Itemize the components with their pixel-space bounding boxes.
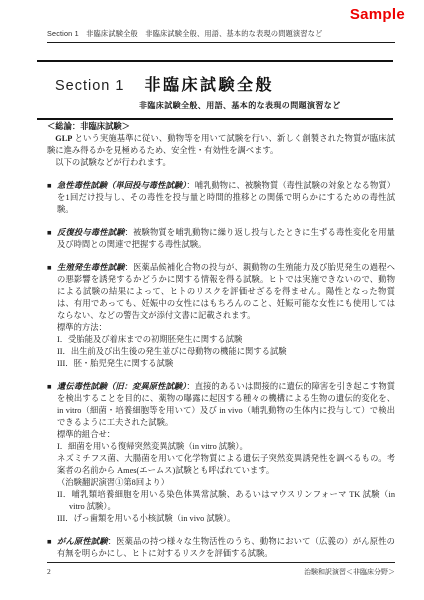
intro-paragraph-2: 以下の試験などが行われます。 — [47, 157, 395, 169]
bullet-acute-toxicity: ■ 急性毒性試験（単回投与毒性試験）：哺乳動物に、被験物質（毒性試験の対象となる… — [47, 180, 395, 216]
sublist-item-source-note: （治験翻訳演習①第8回より） — [57, 477, 395, 489]
sublist-item-note: ネズミチフス菌、大腸菌を用いて化学物質による遺伝子突然変異誘発性を調べるもの。考… — [57, 453, 395, 477]
sublist-item: II．哺乳類培養細胞を用いる染色体異常試験、あるいはマウスリンフォーマ TK 試… — [57, 489, 395, 513]
bullet-separator: ： — [186, 181, 194, 190]
footer-title: 治験和訳演習＜非臨床分野＞ — [304, 567, 395, 577]
running-header-text: Section 1 非臨床試験全般 非臨床試験全般、用語、基本的な表現の問題演習… — [47, 29, 323, 38]
bullet-separator: ： — [186, 382, 194, 391]
intro-paragraph-1-text: という実施基準に従い、動物等を用いて試験を行い、新しく創製された物質が臨床試験に… — [47, 134, 395, 155]
document-page: Sample Section 1 非臨床試験全般 非臨床試験全般、用語、基本的な… — [0, 0, 424, 600]
section-subtitle: 非臨床試験全般、用語、基本的な表現の問題演習など — [139, 100, 393, 111]
bullet-repeated-dose-toxicity: ■ 反復投与毒性試験：被験物質を哺乳動物に繰り返し投与したときに生ずる毒性変化を… — [47, 227, 395, 251]
page-number: 2 — [47, 567, 51, 576]
bullet-title: 生殖発生毒性試験 — [57, 263, 125, 272]
sample-watermark: Sample — [350, 6, 405, 23]
intro-glp-term: GLP — [55, 134, 72, 143]
bullet-title: がん原性試験 — [57, 537, 108, 546]
sublist-item: III．げっ歯類を用いる小核試験（in vivo 試験）。 — [57, 513, 395, 525]
bullet-title: 遺伝毒性試験（旧：変異原性試験） — [57, 382, 186, 391]
running-header: Section 1 非臨床試験全般 非臨床試験全般、用語、基本的な表現の問題演習… — [47, 29, 395, 43]
bullet-separator: ： — [108, 537, 116, 546]
bullet-paragraph: がん原性試験：医薬品の持つ様々な生物活性のうち、動物において（広義の）がん原性の… — [57, 536, 395, 560]
bullet-carcinogenicity: ■ がん原性試験：医薬品の持つ様々な生物活性のうち、動物において（広義の）がん原… — [47, 536, 395, 560]
bullet-content: 遺伝毒性試験（旧：変異原性試験）：直接的あるいは間接的に遺伝的障害を引き起こす物… — [57, 381, 395, 525]
sublist-label: 標準的方法： — [57, 322, 395, 334]
bullet-separator: ： — [125, 263, 133, 272]
section-title: 非臨床試験全般 — [144, 72, 274, 95]
bullet-square-icon: ■ — [47, 262, 57, 370]
document-body: ＜総論：非臨床試験＞ GLP という実施基準に従い、動物等を用いて試験を行い、新… — [47, 121, 395, 560]
bullet-square-icon: ■ — [47, 227, 57, 251]
bullet-content: 生殖発生毒性試験：医薬品候補化合物の投与が、親動物の生殖能力及び胎児発生の過程へ… — [57, 262, 395, 370]
sublist-label: 標準的組合せ： — [57, 429, 395, 441]
sublist-item: I．細菌を用いる復帰突然変異試験（in vitro 試験）。 — [57, 441, 395, 453]
bullet-title: 反復投与毒性試験 — [57, 228, 125, 237]
sublist-item: II．出生前及び出生後の発生並びに母動物の機能に関する試験 — [57, 346, 395, 358]
bullet-content: がん原性試験：医薬品の持つ様々な生物活性のうち、動物において（広義の）がん原性の… — [57, 536, 395, 560]
sublist-item: I．受胎能及び着床までの初期胚発生に関する試験 — [57, 334, 395, 346]
bullet-paragraph: 反復投与毒性試験：被験物質を哺乳動物に繰り返し投与したときに生ずる毒性変化を用量… — [57, 227, 395, 251]
bullet-square-icon: ■ — [47, 381, 57, 525]
intro-heading: ＜総論：非臨床試験＞ — [47, 121, 395, 133]
bullet-square-icon: ■ — [47, 180, 57, 216]
bullet-paragraph: 生殖発生毒性試験：医薬品候補化合物の投与が、親動物の生殖能力及び胎児発生の過程へ… — [57, 262, 395, 322]
bullet-title: 急性毒性試験（単回投与毒性試験） — [57, 181, 186, 190]
bullet-paragraph: 急性毒性試験（単回投与毒性試験）：哺乳動物に、被験物質（毒性試験の対象となる物質… — [57, 180, 395, 216]
bullet-separator: ： — [125, 228, 133, 237]
bullet-content: 反復投与毒性試験：被験物質を哺乳動物に繰り返し投与したときに生ずる毒性変化を用量… — [57, 227, 395, 251]
bullet-content: 急性毒性試験（単回投与毒性試験）：哺乳動物に、被験物質（毒性試験の対象となる物質… — [57, 180, 395, 216]
intro-paragraph-1: GLP という実施基準に従い、動物等を用いて試験を行い、新しく創製された物質が臨… — [47, 133, 395, 157]
section-title-block: Section 1 非臨床試験全般 非臨床試験全般、用語、基本的な表現の問題演習… — [37, 60, 393, 120]
bullet-square-icon: ■ — [47, 536, 57, 560]
bullet-reproductive-toxicity: ■ 生殖発生毒性試験：医薬品候補化合物の投与が、親動物の生殖能力及び胎児発生の過… — [47, 262, 395, 370]
section-title-row: Section 1 非臨床試験全般 — [55, 72, 393, 95]
bullet-genotoxicity: ■ 遺伝毒性試験（旧：変異原性試験）：直接的あるいは間接的に遺伝的障害を引き起こ… — [47, 381, 395, 525]
bullet-paragraph: 遺伝毒性試験（旧：変異原性試験）：直接的あるいは間接的に遺伝的障害を引き起こす物… — [57, 381, 395, 429]
page-footer: 2 治験和訳演習＜非臨床分野＞ — [47, 562, 395, 577]
sublist-item: III．胚・胎児発生に関する試験 — [57, 358, 395, 370]
section-label: Section 1 — [55, 78, 124, 94]
